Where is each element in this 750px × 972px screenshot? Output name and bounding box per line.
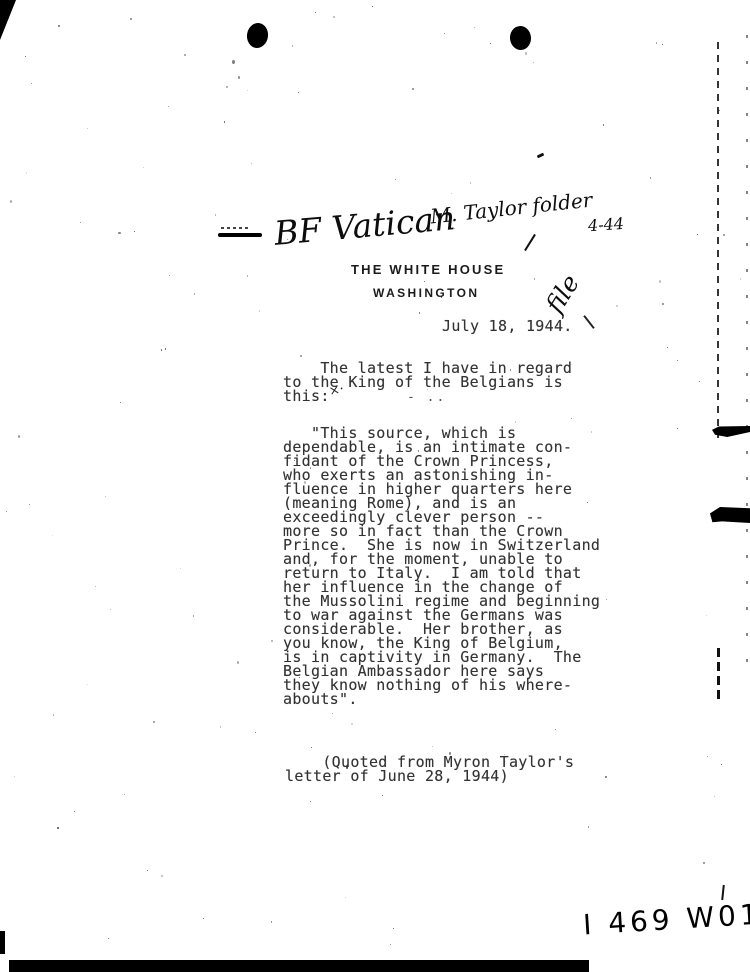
- noise-speck: [143, 167, 144, 168]
- noise-speck: [662, 44, 663, 45]
- noise-speck: [707, 756, 708, 757]
- attribution-paragraph: (Quoted from Myron Taylor's letter of Ju…: [285, 755, 574, 783]
- noise-speck: [723, 234, 725, 236]
- noise-speck: [534, 278, 535, 280]
- noise-smudge: [118, 232, 121, 234]
- letterhead-title: THE WHITE HOUSE: [351, 262, 505, 277]
- noise-speck: [382, 795, 383, 796]
- scan-corner-artifact: [0, 0, 16, 40]
- noise-speck: [490, 43, 491, 44]
- noise-speck: [168, 106, 169, 107]
- noise-speck: [333, 16, 335, 18]
- noise-speck: [346, 766, 348, 769]
- noise-speck: [714, 796, 715, 797]
- noise-speck: [381, 681, 382, 683]
- noise-speck: [14, 776, 15, 777]
- noise-smudge: [412, 88, 414, 90]
- handwritten-folder-date: 4-44: [587, 214, 624, 235]
- noise-speck: [332, 713, 333, 714]
- noise-speck: [441, 296, 442, 298]
- noise-speck: [616, 305, 618, 307]
- noise-speck: [515, 421, 516, 423]
- noise-speck: [677, 360, 678, 361]
- noise-speck: [510, 369, 511, 371]
- noise-speck: [271, 640, 273, 642]
- noise-smudge: [18, 435, 20, 438]
- scan-bottom-bar-artifact: [9, 960, 589, 972]
- noise-speck: [25, 56, 26, 57]
- scan-edge-dots: [746, 35, 748, 675]
- date-line: July 18, 1944.: [442, 319, 573, 333]
- noise-speck: [184, 54, 186, 56]
- noise-speck: [124, 794, 125, 795]
- noise-speck: [220, 726, 221, 728]
- noise-speck: [193, 615, 194, 617]
- pen-dash-mark: [218, 233, 262, 237]
- noise-speck: [600, 227, 601, 228]
- noise-speck: [161, 349, 162, 351]
- noise-speck: [224, 121, 225, 123]
- noise-speck: [351, 218, 352, 219]
- noise-speck: [587, 502, 588, 503]
- noise-speck: [105, 496, 106, 497]
- handwritten-folder-note: M. Taylor folder: [429, 188, 593, 229]
- noise-speck: [555, 729, 556, 730]
- noise-speck: [87, 684, 88, 685]
- noise-speck: [309, 564, 311, 567]
- noise-speck: [310, 801, 311, 802]
- noise-speck: [315, 12, 316, 13]
- noise-speck: [393, 928, 394, 929]
- noise-speck: [251, 163, 252, 164]
- noise-speck: [80, 222, 81, 223]
- noise-speck: [409, 376, 410, 378]
- scan-left-edge-mark: [0, 931, 5, 954]
- letterhead-city: WASHINGTON: [373, 286, 479, 300]
- scan-edge-line-lower: [717, 648, 720, 702]
- punch-hole-left: [245, 22, 269, 50]
- noise-speck: [74, 811, 75, 812]
- noise-speck: [677, 428, 678, 429]
- noise-speck: [699, 381, 700, 382]
- noise-speck: [6, 511, 7, 512]
- noise-speck: [719, 110, 720, 111]
- noise-speck: [662, 303, 664, 305]
- noise-speck: [718, 149, 719, 151]
- noise-speck: [444, 33, 445, 34]
- noise-speck: [454, 228, 455, 229]
- noise-speck: [710, 515, 712, 517]
- noise-speck: [432, 746, 433, 747]
- noise-speck: [311, 747, 312, 748]
- scanned-memo-page: BF Vatican M. Taylor folder 4-44 file ×·…: [0, 0, 750, 972]
- handwritten-file-scribble: file: [540, 269, 586, 318]
- noise-speck: [194, 293, 195, 295]
- pen-slash-mark-upper: [524, 234, 536, 251]
- noise-speck: [449, 752, 451, 755]
- noise-speck: [53, 714, 54, 716]
- punch-hole-right: [509, 25, 532, 51]
- noise-speck: [10, 200, 12, 203]
- noise-speck: [52, 535, 53, 536]
- noise-speck: [255, 732, 256, 733]
- noise-speck: [165, 348, 166, 350]
- pen-tick-mark-bottom: [721, 885, 725, 900]
- noise-speck: [57, 827, 59, 829]
- noise-smudge: [58, 25, 60, 27]
- noise-speck: [247, 90, 248, 91]
- noise-speck: [247, 275, 248, 277]
- noise-speck: [215, 214, 216, 216]
- noise-speck: [29, 504, 30, 505]
- noise-speck: [294, 460, 295, 461]
- noise-speck: [292, 45, 293, 47]
- noise-speck: [588, 826, 589, 828]
- noise-speck: [571, 418, 572, 419]
- noise-smudge: [703, 862, 705, 864]
- noise-speck: [345, 897, 346, 898]
- intro-paragraph: The latest I have in regard to the King …: [283, 361, 572, 403]
- noise-speck: [180, 568, 181, 569]
- noise-speck: [26, 172, 27, 174]
- noise-speck: [147, 870, 148, 871]
- noise-speck: [351, 723, 353, 725]
- noise-speck: [395, 179, 396, 180]
- noise-speck: [108, 938, 109, 939]
- noise-speck: [153, 721, 155, 723]
- noise-speck: [95, 586, 96, 587]
- pen-dash-dotted-mark: [221, 227, 249, 229]
- pen-dot-mark: [537, 153, 545, 159]
- noise-smudge: [232, 60, 235, 64]
- noise-speck: [650, 177, 651, 179]
- noise-smudge: [238, 76, 240, 79]
- noise-speck: [605, 776, 607, 778]
- noise-smudge: [300, 355, 302, 357]
- noise-smudge: [545, 200, 547, 202]
- noise-speck: [169, 275, 170, 276]
- noise-speck: [161, 875, 163, 877]
- handwritten-document-number: I 469 W01: [582, 898, 750, 942]
- noise-smudge: [226, 86, 228, 88]
- noise-speck: [451, 193, 452, 194]
- noise-speck: [372, 6, 373, 7]
- noise-speck: [427, 389, 428, 390]
- noise-speck: [603, 124, 604, 126]
- noise-speck: [110, 609, 111, 610]
- noise-speck: [418, 450, 419, 452]
- noise-speck: [504, 754, 505, 755]
- noise-speck: [740, 278, 741, 280]
- noise-speck: [299, 677, 300, 678]
- noise-speck: [525, 52, 527, 55]
- scan-edge-blob-lower: [710, 507, 750, 523]
- noise-speck: [259, 310, 260, 312]
- noise-speck: [298, 92, 299, 93]
- noise-speck: [697, 234, 698, 235]
- noise-speck: [134, 231, 135, 232]
- noise-speck: [31, 83, 32, 84]
- noise-speck: [424, 281, 425, 282]
- noise-speck: [706, 615, 707, 616]
- quoted-report-paragraph: "This source, which is dependable, is an…: [283, 426, 600, 706]
- noise-speck: [533, 62, 534, 63]
- noise-speck: [470, 182, 471, 184]
- noise-speck: [203, 918, 204, 919]
- noise-speck: [721, 764, 722, 765]
- noise-speck: [557, 324, 558, 326]
- noise-speck: [287, 239, 288, 240]
- noise-speck: [482, 519, 483, 520]
- noise-speck: [659, 280, 661, 283]
- noise-speck: [308, 490, 309, 491]
- noise-smudge: [130, 18, 132, 20]
- noise-speck: [310, 467, 311, 469]
- noise-speck: [271, 921, 272, 923]
- noise-speck: [656, 42, 657, 44]
- noise-speck: [120, 402, 121, 403]
- noise-speck: [606, 599, 607, 600]
- noise-speck: [390, 944, 391, 945]
- noise-speck: [237, 661, 239, 664]
- noise-speck: [419, 312, 420, 314]
- pen-slash-mark-near-date: [583, 315, 594, 329]
- scan-edge-line-upper: [717, 42, 719, 438]
- noise-speck: [591, 431, 592, 433]
- noise-speck: [87, 128, 88, 129]
- noise-speck: [304, 481, 306, 484]
- noise-speck: [667, 347, 668, 348]
- noise-speck: [474, 27, 475, 28]
